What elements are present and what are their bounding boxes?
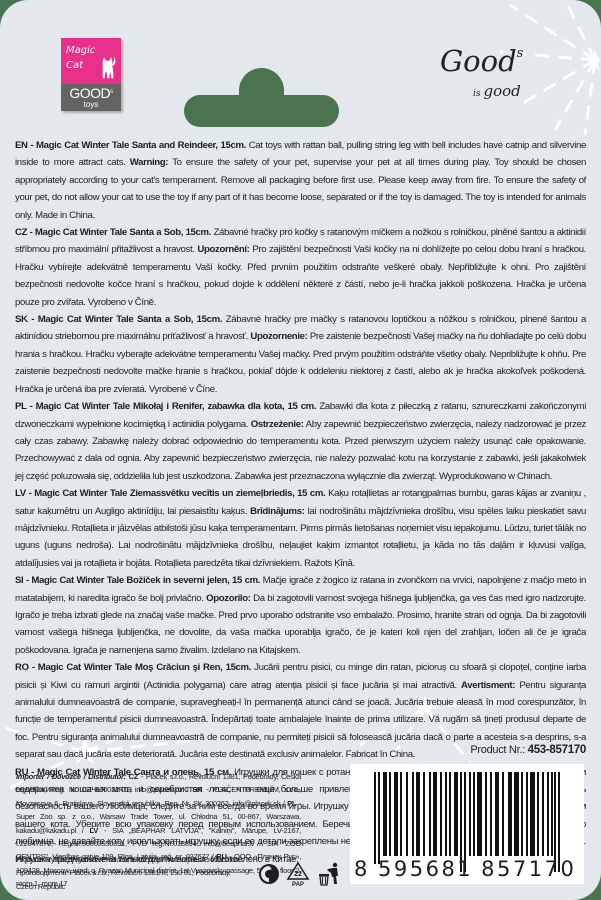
hang-hole-slot — [184, 68, 339, 127]
logo-cat-text: Cat — [66, 61, 83, 71]
logo-magic-text: Magic — [66, 46, 95, 56]
description-sk: SK - Magic Cat Winter Tale Santa a Sob, … — [15, 311, 586, 398]
logo-toys-text: toys — [61, 101, 121, 109]
ean13-barcode: 8 595681 857170 — [350, 764, 584, 884]
description-si: SI - Magic Cat Winter Tale Božiček in se… — [15, 572, 586, 659]
goods-is-good-tagline: Goods isgood — [440, 44, 560, 114]
producer-info: Producer/Výrobce/Výrobca/Producent/Ražot… — [16, 853, 251, 893]
recycling-symbols: 22 PAP — [258, 862, 340, 886]
barcode-number: 8 595681 857170 — [354, 857, 582, 881]
magic-cat-logo: Magic Cat GOODs toys — [61, 38, 121, 111]
logo-goods-text: GOOD — [69, 85, 110, 101]
svg-text:22: 22 — [294, 871, 302, 878]
svg-text:PAP: PAP — [292, 882, 304, 887]
multilingual-description: EN - Magic Cat Winter Tale Santa and Rei… — [15, 137, 586, 868]
green-dot-recycling-icon — [258, 863, 280, 885]
description-pl: PL - Magic Cat Winter Tale Mikołaj i Ren… — [15, 398, 586, 485]
description-lv: LV - Magic Cat Winter Tale Ziemassvētku … — [15, 485, 586, 572]
packaging-card-back: Magic Cat GOODs toys Goods isgood EN - M… — [0, 0, 601, 900]
pap-22-recycling-icon: 22 PAP — [286, 861, 310, 887]
description-en: EN - Magic Cat Winter Tale Santa and Rei… — [15, 137, 586, 224]
description-cz: CZ - Magic Cat Winter Tale Santa a Sob, … — [15, 224, 586, 311]
tidyman-bin-icon — [316, 862, 340, 886]
cat-silhouette-icon — [101, 57, 117, 79]
product-number: Product Nr.: 453-857170 — [470, 744, 586, 756]
